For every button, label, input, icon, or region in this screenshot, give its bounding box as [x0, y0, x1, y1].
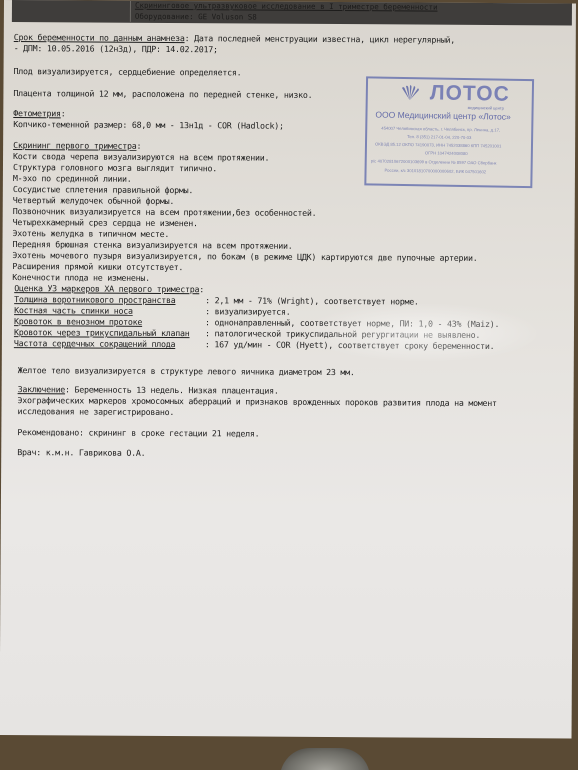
- stamp-org-name: ООО Медицинский центр «Лотос»: [375, 109, 510, 121]
- placenta-line: Плацента толщиной 12 мм, расположена по …: [13, 88, 312, 100]
- marker-name: Костная часть спинки носа: [14, 305, 133, 316]
- conclusion-text: : Беременность 13 недель. Низкая плацент…: [65, 384, 279, 395]
- fetometry-heading: Фетометрия:: [13, 108, 65, 118]
- stamp-address: 454007 Челябинская область, г. Челябинск…: [381, 126, 500, 133]
- marker-name: Кровоток в венозном протоке: [14, 316, 142, 327]
- screening-label: Скрининг первого триместра: [13, 140, 136, 151]
- stamp-phone: Тел. 8 (351) 217-01-04, 220-70-03: [407, 134, 471, 140]
- report-header: Скрининговое ультразвуковое исследование…: [12, 0, 572, 25]
- crl-line: Копчико-теменной размер: 68,0 мм - 13н1д…: [13, 119, 284, 131]
- header-cell: Скрининговое ультразвуковое исследование…: [130, 1, 578, 25]
- screening-item: Эхотень желудка в типичном месте.: [13, 228, 170, 239]
- lotus-logo-icon: [398, 85, 422, 101]
- fetus-line: Плод визуализируется, сердцебиение опред…: [14, 66, 242, 77]
- recommendation: Рекомендовано: скрининг в сроке гестации…: [17, 427, 259, 438]
- markers-heading: Оценка УЗ маркеров ХА первого триместра:: [14, 283, 204, 294]
- document-page: Скрининговое ультразвуковое исследование…: [0, 0, 576, 738]
- conclusion-label: Заключение: [18, 384, 66, 394]
- anamnesis-label: Срок беременности по данным анамнеза: [14, 32, 185, 43]
- screening-item: Четырехкамерный срез сердца не изменен.: [13, 217, 198, 228]
- colon: :: [199, 284, 204, 294]
- colon: :: [136, 141, 141, 151]
- colon: :: [61, 108, 66, 118]
- marker-value: : 2,1 мм - 71% (Wright), соответствует н…: [205, 295, 419, 306]
- screening-item: Передняя брюшная стенка визуализируется …: [12, 239, 292, 251]
- conclusion-line-3: исследования не зарегистрировано.: [17, 406, 174, 417]
- anamnesis-dates: - ДПМ: 10.05.2016 (12н3д), ПДР: 14.02.20…: [14, 43, 218, 54]
- screening-item: Сосудистые сплетения правильной формы.: [13, 184, 193, 195]
- equipment: Оборудование: GE Voluson S8: [135, 12, 257, 22]
- screening-item: М-эхо по срединной линии.: [13, 173, 132, 184]
- marker-name: Кровоток через трикуспидальный клапан: [14, 327, 190, 338]
- screening-item: Позвоночник визуализируется на всем прот…: [13, 206, 317, 218]
- marker-name: Частота сердечных сокращений плода: [14, 338, 175, 349]
- stamp-ogrn: ОГРН 1047424008080: [425, 150, 468, 156]
- stamp-brand: ЛОТОС: [430, 81, 510, 106]
- clinic-stamp: ЛОТОС медицинский центр ООО Медицинский …: [364, 76, 534, 188]
- marker-value: : однонаправленный, соответствует норме,…: [205, 317, 499, 329]
- marker-value: : патологической трикуспидальной регурги…: [205, 328, 480, 340]
- fetometry-label: Фетометрия: [13, 108, 61, 118]
- corpus-luteum-line: Желтое тело визуализируется в структуре …: [18, 365, 355, 377]
- doctor-signature: Врач: к.м.н. Гаврикова О.А.: [17, 447, 145, 458]
- exam-title: Скрининговое ультразвуковое исследование…: [135, 1, 438, 12]
- screening-item: Конечности плода не изменены.: [12, 272, 150, 283]
- anamnesis-text: : Дата последней менструации известна, ц…: [185, 33, 456, 45]
- background-object: [280, 748, 370, 770]
- stamp-account: р/с 40702810672000103699 в Отделении № 8…: [371, 158, 497, 165]
- screening-item: Кости свода черепа визуализируются на вс…: [13, 151, 269, 163]
- screening-heading: Скрининг первого триместра:: [13, 140, 141, 151]
- marker-name: Толщина воротникового пространства: [14, 294, 175, 305]
- stamp-codes: ОКВЭД 85.12 ОКПО 74190073, ИНН 745203886…: [375, 141, 501, 148]
- markers-label: Оценка УЗ маркеров ХА первого триместра: [14, 283, 199, 294]
- screening-item: Расширения прямой кишки отсутствует.: [12, 261, 183, 272]
- screening-item: Четвертый желудочек обычной формы.: [13, 195, 174, 206]
- marker-value: : визуализируется.: [205, 306, 290, 317]
- stamp-subtitle: медицинский центр: [468, 105, 504, 111]
- stamp-bank: России, к/с 30101810700000000602, БИК 04…: [385, 168, 487, 175]
- screening-item: Структура головного мозга выглядит типич…: [13, 162, 217, 173]
- marker-value: : 167 уд/мин - COR (Hyett), соответствуе…: [205, 339, 495, 351]
- conclusion-line: Заключение: Беременность 13 недель. Низк…: [18, 384, 279, 396]
